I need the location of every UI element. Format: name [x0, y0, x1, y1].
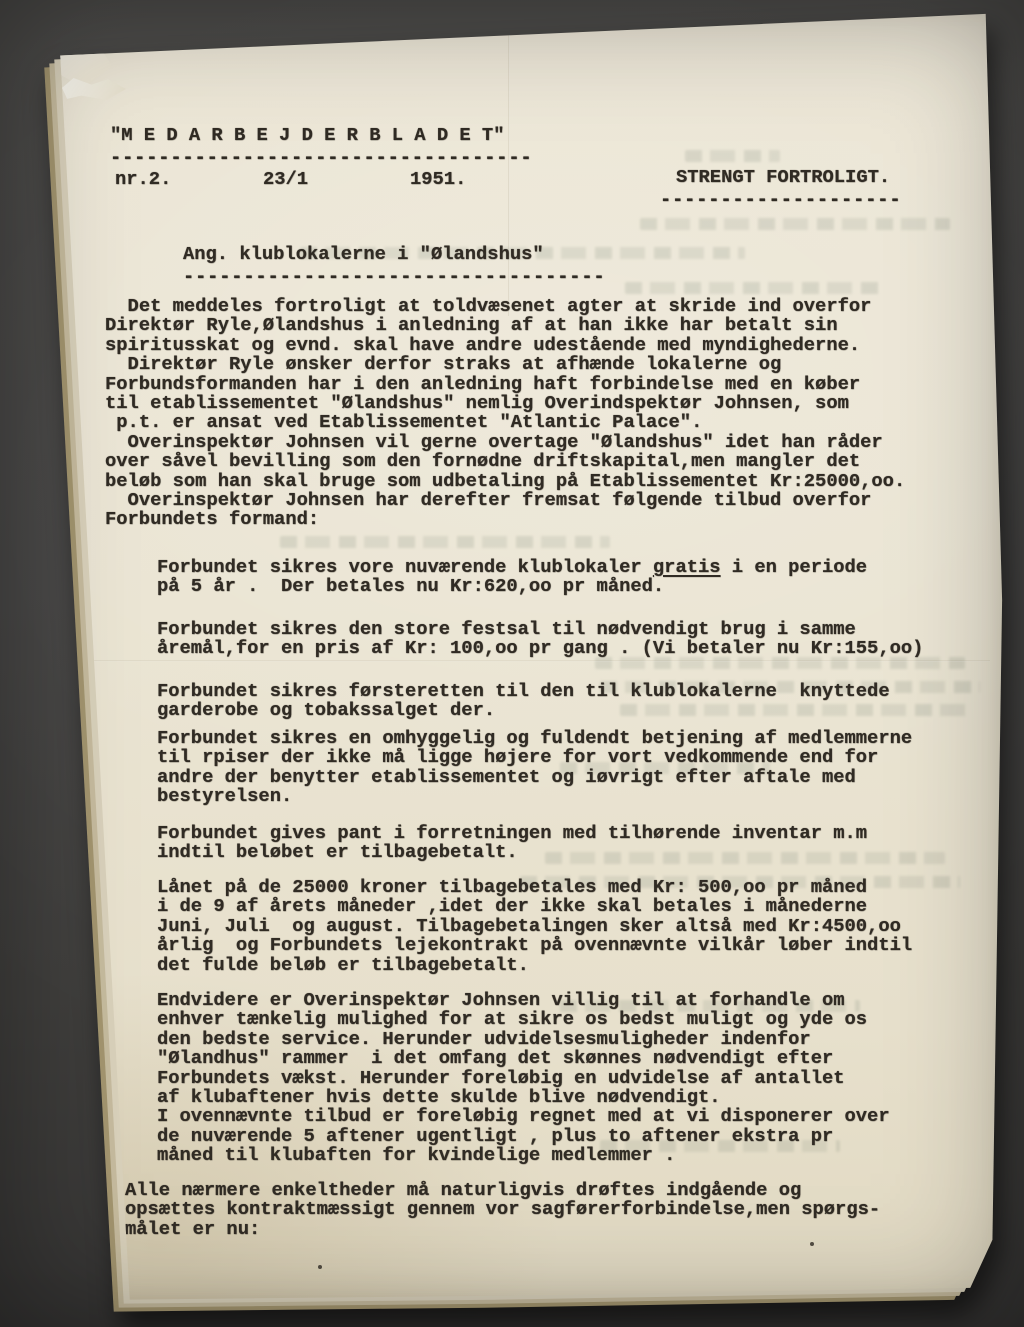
issue-date: 23/1 — [263, 170, 308, 189]
bleed-through-line — [640, 218, 950, 230]
bleed-through-line — [280, 536, 610, 548]
bleed-through-line — [625, 282, 885, 294]
closing-paragraph: Alle nærmere enkeltheder må naturligvis … — [125, 1181, 955, 1239]
ink-speck — [810, 1242, 814, 1246]
paper-stack: "M E D A R B E J D E R B L A D E T" ----… — [0, 0, 1024, 1327]
subject-line: Ang. klublokalerne i "Ølandshus" — [183, 245, 544, 264]
offer-item-4: Forbundet sikres en omhyggelig og fulden… — [157, 729, 977, 807]
issue-year: 1951. — [410, 170, 466, 189]
newsletter-title: "M E D A R B E J D E R B L A D E T" — [110, 126, 504, 145]
punch-hole-bottom — [54, 795, 85, 826]
issue-number: nr.2. — [115, 170, 171, 189]
scanned-document-scene: "M E D A R B E J D E R B L A D E T" ----… — [0, 0, 1024, 1327]
classification-stamp: STRENGT FORTROLIGT. — [676, 168, 890, 187]
offer-item-1: Forbundet sikres vore nuværende klubloka… — [157, 558, 977, 597]
title-underline: ----------------------------------- — [110, 148, 532, 170]
intro-paragraphs: Det meddeles fortroligt at toldvæsenet a… — [105, 297, 955, 530]
offer-item-6: Lånet på de 25000 kroner tilbagebetales … — [157, 878, 977, 975]
offer-item-7: Endvidere er Overinspektør Johnsen villi… — [157, 991, 977, 1166]
bleed-through-line — [685, 150, 780, 162]
ink-speck — [318, 1265, 322, 1269]
torn-corner-crumple — [62, 78, 126, 100]
offer-item-3: Forbundet sikres førsteretten til den ti… — [157, 682, 977, 721]
offer-item-2: Forbundet sikres den store festsal til n… — [157, 620, 987, 659]
classification-underline: -------------------- — [660, 190, 901, 212]
offer-item-5: Forbundet gives pant i forretningen med … — [157, 824, 977, 863]
torn-corner-flap — [54, 36, 112, 88]
subject-underline: ----------------------------------- — [183, 267, 605, 289]
document-page: "M E D A R B E J D E R B L A D E T" ----… — [40, 10, 1005, 1310]
paper-crease-horizontal — [70, 660, 990, 662]
